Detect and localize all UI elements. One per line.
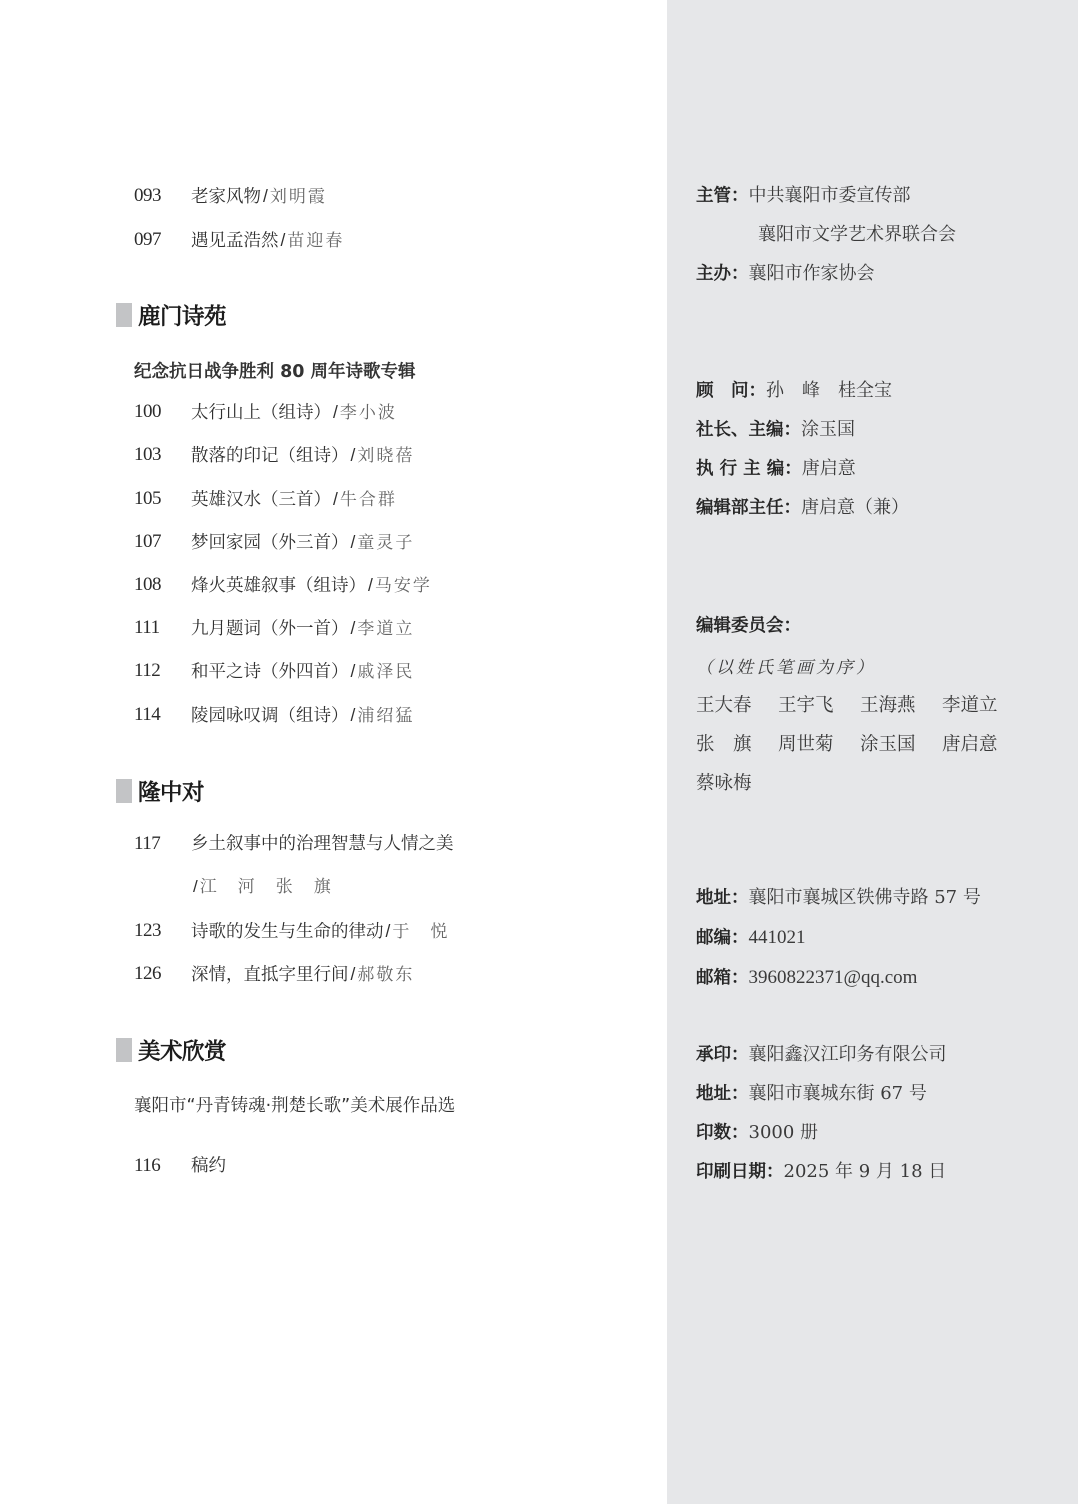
president-editor-value: 涂玉国 (801, 419, 855, 440)
committee-member: 王海燕 (860, 691, 942, 717)
entry-title: 烽火英雄叙事（组诗） (191, 576, 366, 596)
page-number: 116 (134, 1154, 160, 1178)
committee-member: 王宇飞 (778, 691, 860, 717)
entry-title-line: 烽火英雄叙事（组诗）/马安学 (191, 573, 432, 598)
entry-author: 马安学 (375, 576, 432, 596)
entry-title: 太行山上（组诗） (191, 403, 331, 423)
separator: / (191, 877, 200, 896)
entry-title-line: 英雄汉水（三首）/牛合群 (191, 487, 397, 512)
print-date-value: 2025 年 9 月 18 日 (784, 1161, 947, 1182)
entry-title: 遇见孟浩然 (191, 231, 279, 251)
masthead-sponsor-2: 襄阳市文学艺术界联合会 (758, 223, 956, 247)
entry-title: 稿约 (191, 1154, 226, 1178)
advisor-label: 顾 问： (696, 381, 766, 401)
masthead-printer-address: 地址：襄阳市襄城东街 67 号 (696, 1082, 927, 1106)
entry-title-line: 和平之诗（外四首）/戚泽民 (191, 659, 414, 684)
masthead-printer: 承印：襄阳鑫汉江印务有限公司 (696, 1043, 947, 1067)
entry-author: 于 悦 (392, 922, 449, 942)
section-marker (116, 303, 132, 327)
executive-editor-label: 执 行 主 编： (696, 459, 802, 479)
committee-member: 涂玉国 (860, 730, 942, 756)
committee-member: 唐启意 (942, 730, 998, 756)
entry-author: 刘明霞 (270, 187, 327, 207)
section-subheading: 纪念抗日战争胜利 80 周年诗歌专辑 (134, 358, 416, 383)
page-number: 117 (134, 832, 160, 856)
table-of-contents-panel: 093 老家风物/刘明霞 097 遇见孟浩然/苗迎春 鹿门诗苑 纪念抗日战争胜利… (0, 0, 667, 1504)
committee-member: 蔡咏梅 (696, 769, 752, 795)
entry-author: 刘晓蓓 (357, 446, 414, 466)
entry-author: 江 河 张 旗 (200, 877, 333, 897)
entry-author: 李道立 (357, 619, 414, 639)
organizer-value: 襄阳市作家协会 (749, 263, 875, 284)
masthead-email: 邮箱：3960822371@qq.com (696, 966, 917, 990)
separator: / (331, 489, 340, 509)
committee-row: 蔡咏梅 (696, 769, 752, 795)
section-title: 隆中对 (138, 775, 204, 807)
advisor-value: 孙 峰 桂全宝 (766, 380, 892, 401)
printer-value: 襄阳鑫汉江印务有限公司 (749, 1044, 947, 1065)
printer-address-value: 襄阳市襄城东街 67 号 (749, 1083, 927, 1104)
page-number: 093 (134, 184, 161, 208)
sponsor-value: 襄阳市文学艺术界联合会 (758, 224, 956, 245)
print-run-value: 3000 册 (749, 1122, 819, 1143)
masthead-dept-director: 编辑部主任：唐启意（兼） (696, 496, 909, 520)
masthead-president-editor: 社长、主编：涂玉国 (696, 418, 855, 442)
entry-title-line: 诗歌的发生与生命的律动/于 悦 (191, 919, 449, 944)
printer-label: 承印： (696, 1045, 749, 1065)
entry-title: 梦回家园（外三首） (191, 533, 349, 553)
entry-author: 牛合群 (340, 490, 397, 510)
masthead-organizer: 主办：襄阳市作家协会 (696, 262, 875, 286)
art-exhibition-description[interactable]: 襄阳市“丹青铸魂·荆楚长歌”美术展作品选 (134, 1092, 455, 1117)
page-number: 114 (134, 703, 160, 727)
address-label: 地址： (696, 888, 749, 908)
committee-member: 张 旗 (696, 730, 778, 756)
dept-director-value: 唐启意（兼） (801, 497, 909, 518)
entry-title: 英雄汉水（三首） (191, 490, 331, 510)
entry-title-line: 太行山上（组诗）/李小波 (191, 400, 397, 425)
printer-address-label: 地址： (696, 1084, 749, 1104)
entry-title: 老家风物 (191, 187, 261, 207)
entry-title-line: 老家风物/刘明霞 (191, 184, 327, 209)
dept-director-label: 编辑部主任： (696, 498, 801, 518)
masthead-print-date: 印刷日期：2025 年 9 月 18 日 (696, 1160, 946, 1184)
sponsor-label: 主管： (696, 186, 749, 206)
masthead-sponsor: 主管：中共襄阳市委宣传部 (696, 184, 911, 208)
masthead-advisor: 顾 问：孙 峰 桂全宝 (696, 379, 892, 403)
committee-note: （以姓氏笔画为序） (696, 653, 876, 678)
organizer-label: 主办： (696, 264, 749, 284)
masthead-print-run: 印数：3000 册 (696, 1121, 818, 1145)
masthead-executive-editor: 执 行 主 编：唐启意 (696, 457, 856, 481)
entry-title-line: 散落的印记（组诗）/刘晓蓓 (191, 443, 414, 468)
entry-title: 陵园咏叹调（组诗） (191, 706, 349, 726)
section-marker (116, 779, 132, 803)
separator: / (261, 186, 270, 206)
print-date-label: 印刷日期： (696, 1162, 784, 1182)
president-editor-label: 社长、主编： (696, 420, 801, 440)
masthead-postcode: 邮编：441021 (696, 926, 806, 950)
section-title: 美术欣赏 (138, 1034, 226, 1066)
section-marker (116, 1038, 132, 1062)
committee-row: 王大春王宇飞王海燕李道立 (696, 691, 998, 717)
address-value: 襄阳市襄城区铁佛寺路 57 号 (749, 887, 981, 908)
postcode-value: 441021 (749, 927, 806, 948)
page-number: 126 (134, 962, 161, 986)
page-number: 097 (134, 228, 161, 252)
separator: / (331, 402, 340, 422)
page-number: 112 (134, 659, 160, 683)
committee-label: 编辑委员会： (696, 616, 801, 636)
page-number: 100 (134, 400, 161, 424)
entry-title: 诗歌的发生与生命的律动 (191, 922, 384, 942)
sponsor-value: 中共襄阳市委宣传部 (749, 185, 911, 206)
masthead-address: 地址：襄阳市襄城区铁佛寺路 57 号 (696, 886, 981, 910)
section-title: 鹿门诗苑 (138, 299, 226, 331)
entry-author: 苗迎春 (287, 231, 344, 251)
committee-heading: 编辑委员会： (696, 614, 801, 638)
page-number: 107 (134, 530, 161, 554)
entry-title-line: 深情，直抵字里行间/郝敬东 (191, 962, 414, 987)
entry-title: 乡土叙事中的治理智慧与人情之美 (191, 832, 454, 856)
print-run-label: 印数： (696, 1123, 749, 1143)
entry-author: 郝敬东 (357, 965, 414, 985)
entry-title-line: 陵园咏叹调（组诗）/浦绍猛 (191, 703, 414, 728)
entry-author: 浦绍猛 (357, 706, 414, 726)
entry-title-line: 九月题词（外一首）/李道立 (191, 616, 414, 641)
entry-title: 九月题词（外一首） (191, 619, 349, 639)
page-number: 103 (134, 443, 161, 467)
committee-member: 王大春 (696, 691, 778, 717)
committee-member: 周世菊 (778, 730, 860, 756)
email-link[interactable]: 3960822371@qq.com (749, 967, 918, 988)
email-label: 邮箱： (696, 968, 749, 988)
entry-author: 童灵子 (357, 533, 414, 553)
page-number: 123 (134, 919, 161, 943)
entry-title-line: 梦回家园（外三首）/童灵子 (191, 530, 414, 555)
entry-author: 李小波 (340, 403, 397, 423)
entry-title: 深情，直抵字里行间 (191, 965, 349, 985)
entry-author-line: /江 河 张 旗 (191, 875, 333, 899)
entry-author: 戚泽民 (357, 662, 414, 682)
page-number: 108 (134, 573, 161, 597)
separator: / (366, 575, 375, 595)
entry-title-line: 遇见孟浩然/苗迎春 (191, 228, 344, 253)
page-number: 105 (134, 487, 161, 511)
entry-title: 散落的印记（组诗） (191, 446, 349, 466)
page-number: 111 (134, 616, 160, 640)
executive-editor-value: 唐启意 (802, 458, 856, 479)
committee-member: 李道立 (942, 691, 998, 717)
committee-row: 张 旗周世菊涂玉国唐启意 (696, 730, 998, 756)
entry-title: 和平之诗（外四首） (191, 662, 349, 682)
postcode-label: 邮编： (696, 928, 749, 948)
